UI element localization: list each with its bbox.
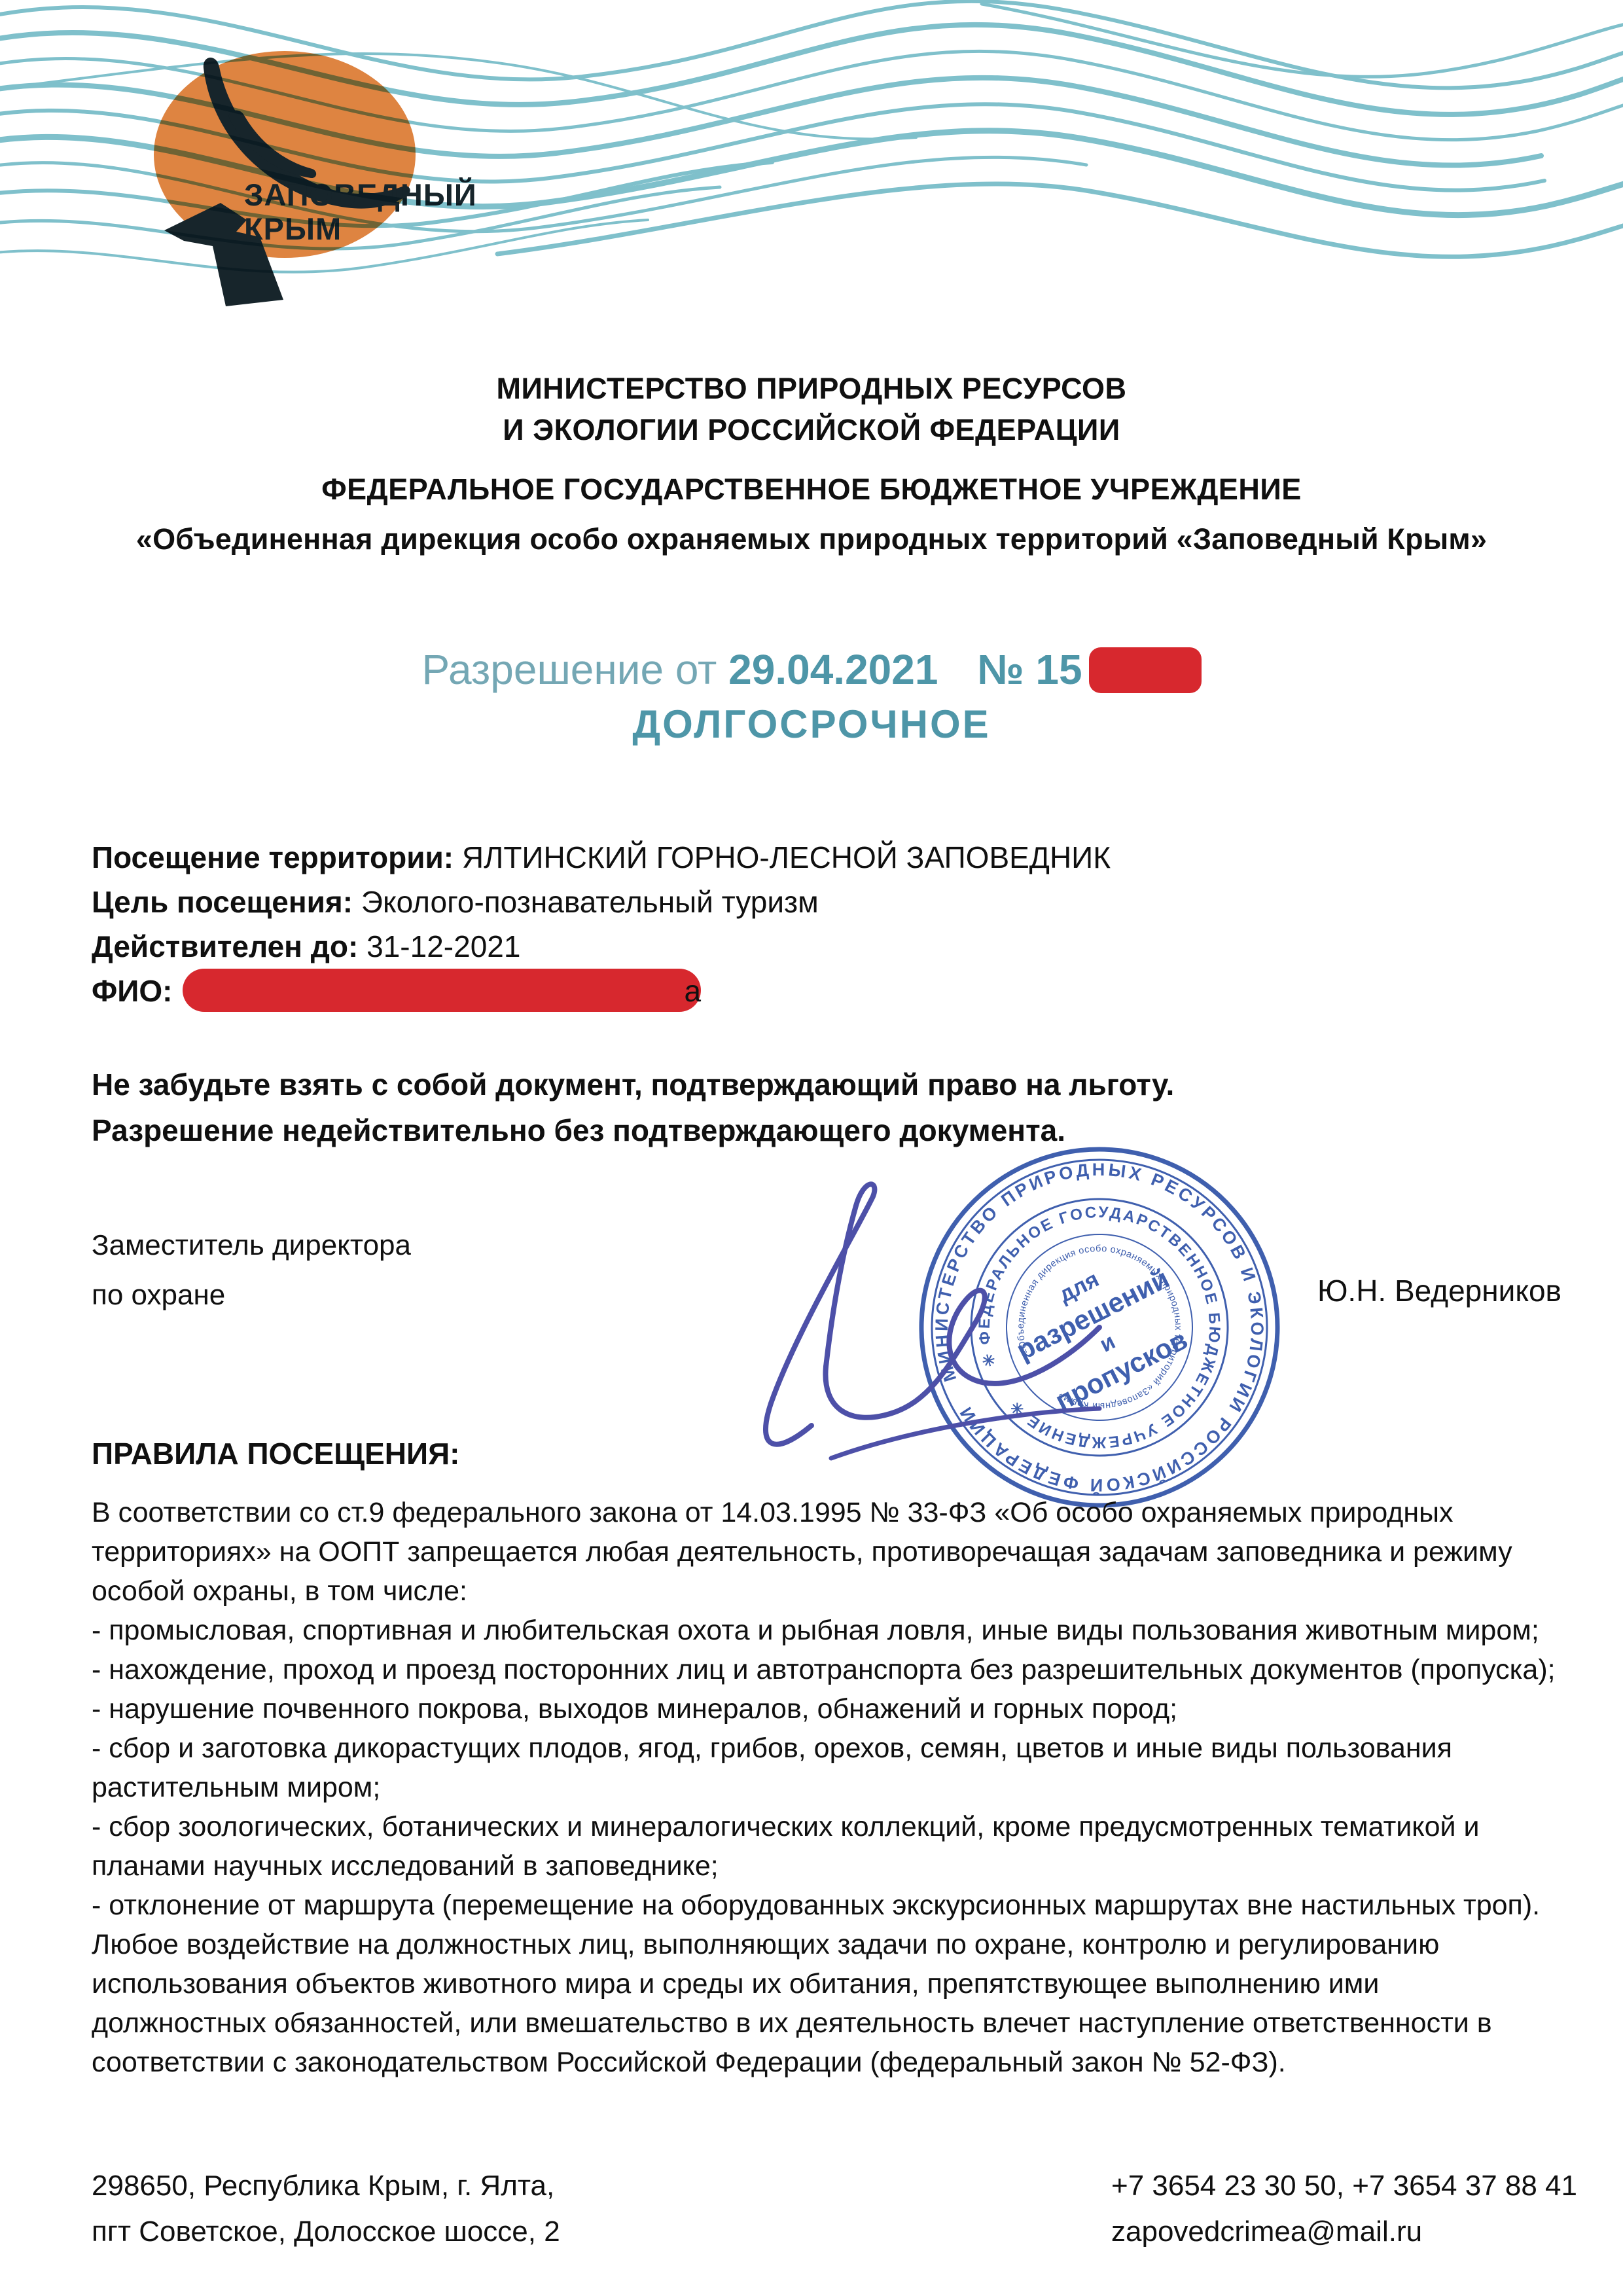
field-purpose-label: Цель посещения: xyxy=(92,885,353,919)
fio-redaction xyxy=(183,969,701,1012)
stamp-center-line-4: пропусков xyxy=(1050,1324,1192,1417)
field-fio: ФИО:а xyxy=(92,969,1111,1013)
fio-visible-tail: а xyxy=(684,974,701,1008)
rules-item: - промысловая, спортивная и любительская… xyxy=(92,1611,1558,1650)
notice-line-1: Не забудьте взять с собой документ, подт… xyxy=(92,1062,1174,1107)
field-territory-value: ЯЛТИНСКИЙ ГОРНО-ЛЕСНОЙ ЗАПОВЕДНИК xyxy=(462,840,1111,874)
rules-item: - нахождение, проход и проезд посторонни… xyxy=(92,1650,1558,1689)
signer-position: Заместитель директора по охране xyxy=(92,1221,411,1320)
stamp-ring-inner-text: «Объединенная дирекция особо охраняемых … xyxy=(992,1220,1207,1435)
footer-contacts: +7 3654 23 30 50, +7 3654 37 88 41 zapov… xyxy=(1111,2163,1577,2255)
rules-item: - нарушение почвенного покрова, выходов … xyxy=(92,1689,1558,1729)
permit-document-page: ЗАПОВЕДНЫЙ КРЫМ МИНИСТЕРСТВО ПРИРОДНЫХ Р… xyxy=(0,0,1623,2296)
field-purpose: Цель посещения: Эколого-познавательный т… xyxy=(92,880,1111,924)
field-fio-label: ФИО: xyxy=(92,974,172,1008)
stamp-center-text: для разрешений и пропусков xyxy=(999,1238,1203,1422)
permit-fields: Посещение территории: ЯЛТИНСКИЙ ГОРНО-ЛЕ… xyxy=(92,835,1111,1013)
permit-title: Разрешение от 29.04.2021 № 15 xyxy=(0,645,1623,694)
signer-position-line-2: по охране xyxy=(92,1270,411,1320)
rules-item: - сбор и заготовка дикорастущих плодов, … xyxy=(92,1729,1558,1807)
footer-email: zapovedcrimea@mail.ru xyxy=(1111,2209,1577,2255)
stamp-center-line-3: и xyxy=(1096,1329,1119,1357)
footer-phones: +7 3654 23 30 50, +7 3654 37 88 41 xyxy=(1111,2163,1577,2209)
rules-closing: Любое воздействие на должностных лиц, вы… xyxy=(92,1925,1558,2082)
logo-brand-bottom: КРЫМ xyxy=(244,211,342,246)
rules-heading: ПРАВИЛА ПОСЕЩЕНИЯ: xyxy=(92,1436,459,1471)
stamp-ring-outer-text: МИНИСТЕРСТВО ПРИРОДНЫХ РЕСУРСОВ И ЭКОЛОГ… xyxy=(916,1144,1283,1511)
signer-position-line-1: Заместитель директора xyxy=(92,1221,411,1270)
ministry-line-2: И ЭКОЛОГИИ РОССИЙСКОЙ ФЕДЕРАЦИИ xyxy=(0,409,1623,450)
field-valid-until-value: 31-12-2021 xyxy=(366,929,520,963)
signer-name: Ю.Н. Ведерников xyxy=(1317,1273,1561,1308)
institution-name: «Объединенная дирекция особо охраняемых … xyxy=(0,522,1623,556)
rules-intro: В соответствии со ст.9 федерального зако… xyxy=(92,1493,1558,1611)
field-valid-until-label: Действителен до: xyxy=(92,929,358,963)
footer-address-line-2: пгт Советское, Долосское шоссе, 2 xyxy=(92,2209,560,2255)
svg-text:✳ ФЕДЕРАЛЬНОЕ ГОСУДАРСТВЕННОЕ: ✳ ФЕДЕРАЛЬНОЕ ГОСУДАРСТВЕННОЕ БЮДЖЕТНОЕ … xyxy=(940,1169,1258,1486)
stamp-ring-middle-text: ✳ ФЕДЕРАЛЬНОЕ ГОСУДАРСТВЕННОЕ БЮДЖЕТНОЕ … xyxy=(940,1169,1258,1486)
stamp-outer-circle xyxy=(916,1144,1283,1511)
permit-number: № 15 xyxy=(977,646,1082,693)
rules-item: - отклонение от маршрута (перемещение на… xyxy=(92,1886,1558,1925)
stamp-center-line-1: для xyxy=(1055,1266,1103,1307)
rules-text: В соответствии со ст.9 федерального зако… xyxy=(92,1493,1558,2082)
zapovedny-krym-logo: ЗАПОВЕДНЫЙ КРЫМ xyxy=(147,26,514,334)
notice-line-2: Разрешение недействительно без подтвержд… xyxy=(92,1107,1174,1153)
benefit-document-notice: Не забудьте взять с собой документ, подт… xyxy=(92,1062,1174,1153)
field-territory-label: Посещение территории: xyxy=(92,840,454,874)
ministry-header: МИНИСТЕРСТВО ПРИРОДНЫХ РЕСУРСОВ И ЭКОЛОГ… xyxy=(0,368,1623,450)
logo-brand-top: ЗАПОВЕДНЫЙ xyxy=(244,177,477,212)
footer-address-line-1: 298650, Республика Крым, г. Ялта, xyxy=(92,2163,560,2209)
ministry-line-1: МИНИСТЕРСТВО ПРИРОДНЫХ РЕСУРСОВ xyxy=(0,368,1623,409)
stamp-inner-circle xyxy=(980,1208,1219,1446)
institution-type: ФЕДЕРАЛЬНОЕ ГОСУДАРСТВЕННОЕ БЮДЖЕТНОЕ УЧ… xyxy=(0,473,1623,507)
stamp-second-circle xyxy=(916,1144,1283,1511)
official-round-stamp: МИНИСТЕРСТВО ПРИРОДНЫХ РЕСУРСОВ И ЭКОЛОГ… xyxy=(916,1144,1283,1511)
field-valid-until: Действителен до: 31-12-2021 xyxy=(92,924,1111,969)
handwritten-signature xyxy=(733,1151,1230,1517)
rules-item: - сбор зоологических, ботанических и мин… xyxy=(92,1807,1558,1886)
permit-duration-type: ДОЛГОСРОЧНОЕ xyxy=(0,702,1623,747)
permit-date: 29.04.2021 xyxy=(728,646,938,693)
permit-title-prefix: Разрешение от xyxy=(421,646,717,693)
stamp-center-line-2: разрешений xyxy=(1012,1263,1174,1366)
footer-address: 298650, Республика Крым, г. Ялта, пгт Со… xyxy=(92,2163,560,2255)
permit-number-redaction xyxy=(1089,647,1202,693)
svg-text:«Объединенная дирекция особо о: «Объединенная дирекция особо охраняемых … xyxy=(992,1220,1207,1435)
svg-text:МИНИСТЕРСТВО ПРИРОДНЫХ РЕСУРСО: МИНИСТЕРСТВО ПРИРОДНЫХ РЕСУРСОВ И ЭКОЛОГ… xyxy=(916,1144,1283,1511)
field-territory: Посещение территории: ЯЛТИНСКИЙ ГОРНО-ЛЕ… xyxy=(92,835,1111,880)
stamp-middle-circle xyxy=(935,1163,1264,1492)
field-purpose-value: Эколого-познавательный туризм xyxy=(361,885,819,919)
